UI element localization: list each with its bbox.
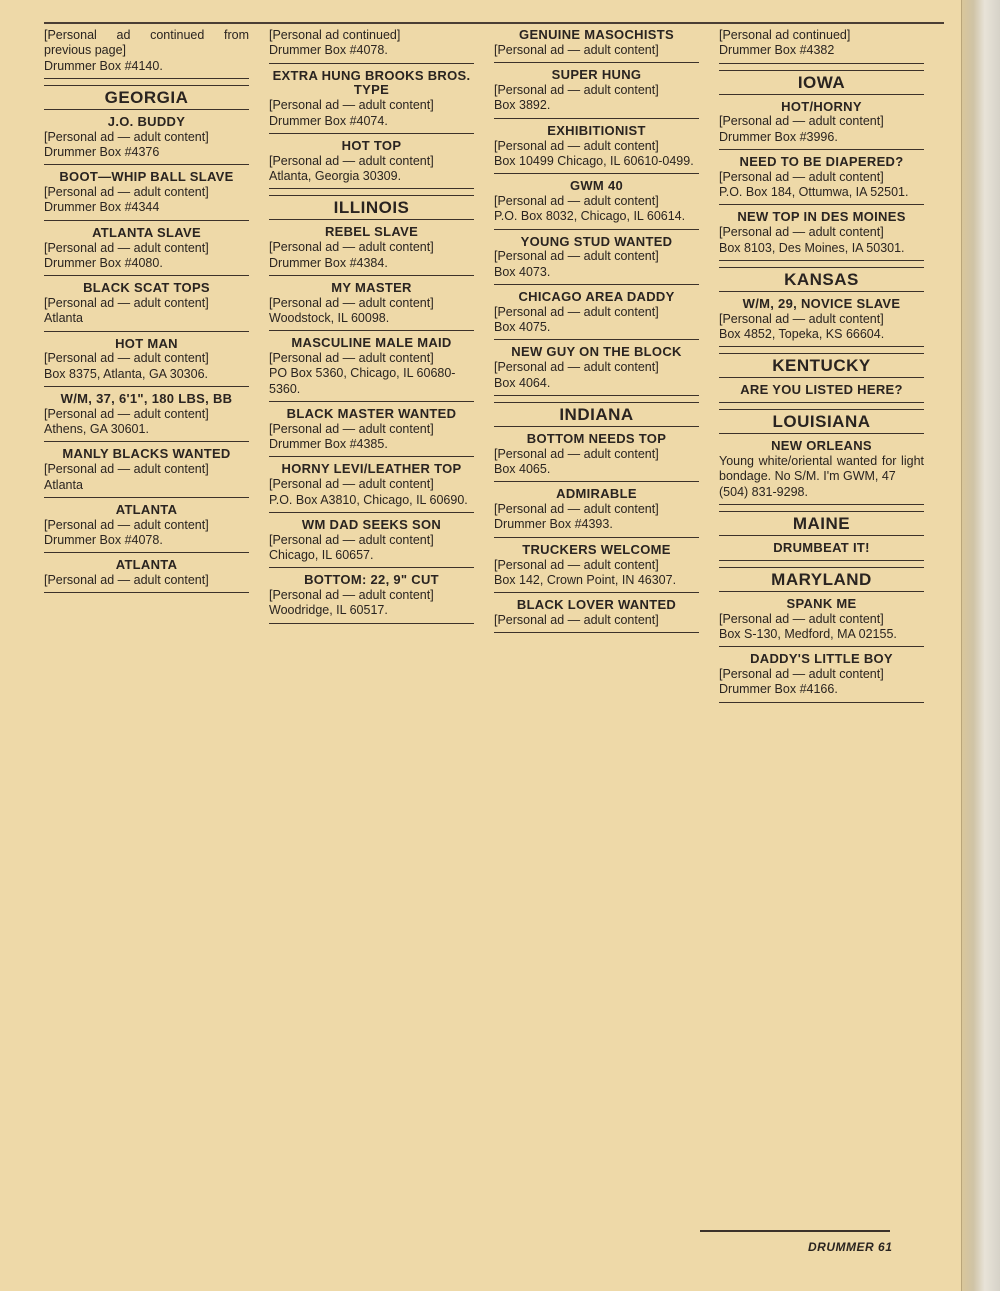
ad-title: HORNY LEVI/LEATHER TOP <box>269 462 474 477</box>
classified-ad: ATLANTA[Personal ad — adult content]Drum… <box>44 501 249 553</box>
classified-ad: GENUINE MASOCHISTS[Personal ad — adult c… <box>494 26 699 63</box>
ad-body: [Personal ad — adult content] <box>44 351 249 366</box>
ad-body: [Personal ad — adult content] <box>269 351 474 366</box>
ad-body: [Personal ad — adult content] <box>719 114 924 129</box>
classified-ad: BOTTOM NEEDS TOP[Personal ad — adult con… <box>494 430 699 482</box>
ad-body: [Personal ad — adult content] <box>44 573 249 588</box>
ad-contact: Drummer Box #4074. <box>269 114 474 129</box>
ad-title: EXTRA HUNG BROOKS BROS. TYPE <box>269 69 474 99</box>
ad-title: J.O. BUDDY <box>44 115 249 130</box>
ad-title: HOT TOP <box>269 139 474 154</box>
ad-contact: Box 4065. <box>494 462 699 477</box>
ad-body: [Personal ad — adult content] <box>494 194 699 209</box>
ad-body: [Personal ad — adult content] <box>269 477 474 492</box>
ad-body: [Personal ad — adult content] <box>269 240 474 255</box>
top-rule <box>44 22 944 24</box>
ad-contact: Drummer Box #4384. <box>269 256 474 271</box>
classified-ad: BLACK MASTER WANTED[Personal ad — adult … <box>269 405 474 457</box>
ad-body: [Personal ad — adult content] <box>44 518 249 533</box>
ad-contact: Box 4852, Topeka, KS 66604. <box>719 327 924 342</box>
ad-contact: Box 4073. <box>494 265 699 280</box>
ad-title: GWM 40 <box>494 179 699 194</box>
ad-contact: Box 142, Crown Point, IN 46307. <box>494 573 699 588</box>
page-edge <box>961 0 1000 1291</box>
ad-title: BLACK SCAT TOPS <box>44 281 249 296</box>
ad-title: HOT/HORNY <box>719 100 924 115</box>
classified-ad: EXHIBITIONIST[Personal ad — adult conten… <box>494 122 699 174</box>
ad-title: W/M, 37, 6'1", 180 LBS, BB <box>44 392 249 407</box>
ad-body: [Personal ad — adult content] <box>494 447 699 462</box>
classified-ad: BLACK LOVER WANTED[Personal ad — adult c… <box>494 596 699 633</box>
classified-ad: NEW ORLEANSYoung white/oriental wanted f… <box>719 437 924 505</box>
classified-ad: W/M, 37, 6'1", 180 LBS, BB[Personal ad —… <box>44 390 249 442</box>
ad-body: [Personal ad — adult content] <box>494 360 699 375</box>
ad-title: BOOT—WHIP BALL SLAVE <box>44 170 249 185</box>
ad-body: [Personal ad — adult content] <box>44 407 249 422</box>
ad-body: [Personal ad continued] <box>269 28 474 43</box>
ad-body: [Personal ad — adult content] <box>44 296 249 311</box>
page-number: 61 <box>878 1240 892 1254</box>
ad-contact: Box S-130, Medford, MA 02155. <box>719 627 924 642</box>
ad-body: [Personal ad — adult content] <box>719 225 924 240</box>
classified-ad: HOT TOP[Personal ad — adult content]Atla… <box>269 137 474 189</box>
ad-body: [Personal ad continued] <box>719 28 924 43</box>
ad-title: ATLANTA <box>44 503 249 518</box>
ad-title: MASCULINE MALE MAID <box>269 336 474 351</box>
ad-title: GENUINE MASOCHISTS <box>494 28 699 43</box>
section-heading: KANSAS <box>719 267 924 292</box>
ad-contact: Drummer Box #4344 <box>44 200 249 215</box>
ad-body: [Personal ad — adult content] <box>269 98 474 113</box>
ad-contact: Drummer Box #4382 <box>719 43 924 58</box>
classified-ad: NEW GUY ON THE BLOCK[Personal ad — adult… <box>494 343 699 395</box>
ad-contact: Atlanta <box>44 478 249 493</box>
ad-contact: Box 4064. <box>494 376 699 391</box>
ad-contact: Drummer Box #4078. <box>269 43 474 58</box>
ad-body: [Personal ad — adult content] <box>494 83 699 98</box>
ad-contact: Box 3892. <box>494 98 699 113</box>
ad-body: [Personal ad — adult content] <box>494 558 699 573</box>
publication-name: DRUMMER <box>808 1240 874 1254</box>
ad-body: [Personal ad — adult content] <box>44 462 249 477</box>
column-3: GENUINE MASOCHISTS[Personal ad — adult c… <box>494 26 699 706</box>
classified-ad: CHICAGO AREA DADDY[Personal ad — adult c… <box>494 288 699 340</box>
classified-ad: BOTTOM: 22, 9" CUT[Personal ad — adult c… <box>269 571 474 623</box>
ad-body: [Personal ad continued from previous pag… <box>44 28 249 59</box>
ad-contact: P.O. Box 8032, Chicago, IL 60614. <box>494 209 699 224</box>
ad-body: [Personal ad — adult content] <box>494 305 699 320</box>
ad-title: BLACK LOVER WANTED <box>494 598 699 613</box>
classified-ad: ATLANTA[Personal ad — adult content] <box>44 556 249 593</box>
classified-ad: W/M, 29, NOVICE SLAVE[Personal ad — adul… <box>719 295 924 347</box>
section-heading: GEORGIA <box>44 85 249 110</box>
ad-body: [Personal ad — adult content] <box>719 312 924 327</box>
ad-body: [Personal ad — adult content] <box>269 422 474 437</box>
ad-title: TRUCKERS WELCOME <box>494 543 699 558</box>
classified-ad: SUPER HUNG[Personal ad — adult content]B… <box>494 66 699 118</box>
section-heading: IOWA <box>719 70 924 95</box>
ad-title: SUPER HUNG <box>494 68 699 83</box>
classified-ad: HORNY LEVI/LEATHER TOP[Personal ad — adu… <box>269 460 474 512</box>
classified-ad: ADMIRABLE[Personal ad — adult content]Dr… <box>494 485 699 537</box>
section-heading: INDIANA <box>494 402 699 427</box>
ad-title: BLACK MASTER WANTED <box>269 407 474 422</box>
ad-body: [Personal ad — adult content] <box>719 667 924 682</box>
ad-body: [Personal ad — adult content] <box>494 139 699 154</box>
ad-body: [Personal ad — adult content] <box>719 170 924 185</box>
ad-title: MANLY BLACKS WANTED <box>44 447 249 462</box>
ad-contact: Woodstock, IL 60098. <box>269 311 474 326</box>
classified-ad: DRUMBEAT IT! <box>719 539 924 561</box>
ad-title: CHICAGO AREA DADDY <box>494 290 699 305</box>
ad-title: REBEL SLAVE <box>269 225 474 240</box>
ad-contact: Drummer Box #4078. <box>44 533 249 548</box>
ad-title: WM DAD SEEKS SON <box>269 518 474 533</box>
ad-contact: Drummer Box #4080. <box>44 256 249 271</box>
ad-body: [Personal ad — adult content] <box>44 241 249 256</box>
ad-contact: Drummer Box #4140. <box>44 59 249 74</box>
ad-title: HOT MAN <box>44 337 249 352</box>
ad-body: [Personal ad — adult content] <box>44 130 249 145</box>
ad-title: ARE YOU LISTED HERE? <box>719 383 924 398</box>
section-heading: ILLINOIS <box>269 195 474 220</box>
ad-title: MY MASTER <box>269 281 474 296</box>
classified-ad: WM DAD SEEKS SON[Personal ad — adult con… <box>269 516 474 568</box>
classified-ad: [Personal ad continued]Drummer Box #4078… <box>269 26 474 64</box>
ad-body: [Personal ad — adult content] <box>719 612 924 627</box>
classified-ad: DADDY'S LITTLE BOY[Personal ad — adult c… <box>719 650 924 702</box>
ad-contact: Box 8375, Atlanta, GA 30306. <box>44 367 249 382</box>
classified-ad: YOUNG STUD WANTED[Personal ad — adult co… <box>494 233 699 285</box>
ad-title: NEW TOP IN DES MOINES <box>719 210 924 225</box>
ad-body: [Personal ad — adult content] <box>494 613 699 628</box>
classified-ad: MANLY BLACKS WANTED[Personal ad — adult … <box>44 445 249 497</box>
classified-ad: SPANK ME[Personal ad — adult content]Box… <box>719 595 924 647</box>
classified-ad: HOT/HORNY[Personal ad — adult content]Dr… <box>719 98 924 150</box>
column-4: [Personal ad continued]Drummer Box #4382… <box>719 26 924 706</box>
classified-ad: NEED TO BE DIAPERED?[Personal ad — adult… <box>719 153 924 205</box>
ad-contact: Drummer Box #4385. <box>269 437 474 452</box>
classified-ad: [Personal ad continued from previous pag… <box>44 26 249 79</box>
ad-body: [Personal ad — adult content] <box>269 296 474 311</box>
ad-contact: Drummer Box #3996. <box>719 130 924 145</box>
section-heading: LOUISIANA <box>719 409 924 434</box>
classified-ad: NEW TOP IN DES MOINES[Personal ad — adul… <box>719 208 924 260</box>
classified-ad: ARE YOU LISTED HERE? <box>719 381 924 403</box>
ad-body: Young white/oriental wanted for light bo… <box>719 454 924 485</box>
ad-title: W/M, 29, NOVICE SLAVE <box>719 297 924 312</box>
ad-contact: P.O. Box A3810, Chicago, IL 60690. <box>269 493 474 508</box>
footer-rule <box>700 1230 890 1232</box>
ad-body: [Personal ad — adult content] <box>269 588 474 603</box>
ad-body: [Personal ad — adult content] <box>44 185 249 200</box>
section-heading: MARYLAND <box>719 567 924 592</box>
classifieds-columns: [Personal ad continued from previous pag… <box>44 26 924 706</box>
classified-ad: BLACK SCAT TOPS[Personal ad — adult cont… <box>44 279 249 331</box>
ad-contact: Atlanta <box>44 311 249 326</box>
ad-body: [Personal ad — adult content] <box>494 43 699 58</box>
ad-title: BOTTOM: 22, 9" CUT <box>269 573 474 588</box>
classified-ad: MY MASTER[Personal ad — adult content]Wo… <box>269 279 474 331</box>
classified-ad: MASCULINE MALE MAID[Personal ad — adult … <box>269 334 474 402</box>
ad-title: NEED TO BE DIAPERED? <box>719 155 924 170</box>
page-footer: DRUMMER 61 <box>808 1240 892 1254</box>
ad-title: DRUMBEAT IT! <box>719 541 924 556</box>
section-heading: KENTUCKY <box>719 353 924 378</box>
classified-ad: TRUCKERS WELCOME[Personal ad — adult con… <box>494 541 699 593</box>
ad-title: EXHIBITIONIST <box>494 124 699 139</box>
ad-contact: Box 10499 Chicago, IL 60610-0499. <box>494 154 699 169</box>
ad-title: SPANK ME <box>719 597 924 612</box>
column-1: [Personal ad continued from previous pag… <box>44 26 249 706</box>
classified-ad: [Personal ad continued]Drummer Box #4382 <box>719 26 924 64</box>
classified-ad: HOT MAN[Personal ad — adult content]Box … <box>44 335 249 387</box>
ad-body: [Personal ad — adult content] <box>269 533 474 548</box>
ad-contact: Woodridge, IL 60517. <box>269 603 474 618</box>
ad-contact: Drummer Box #4376 <box>44 145 249 160</box>
classified-ad: EXTRA HUNG BROOKS BROS. TYPE[Personal ad… <box>269 67 474 134</box>
ad-title: ATLANTA <box>44 558 249 573</box>
ad-title: YOUNG STUD WANTED <box>494 235 699 250</box>
ad-contact: PO Box 5360, Chicago, IL 60680-5360. <box>269 366 474 397</box>
ad-body: [Personal ad — adult content] <box>494 249 699 264</box>
ad-contact: Atlanta, Georgia 30309. <box>269 169 474 184</box>
ad-title: ATLANTA SLAVE <box>44 226 249 241</box>
classified-ad: GWM 40[Personal ad — adult content]P.O. … <box>494 177 699 229</box>
ad-title: NEW ORLEANS <box>719 439 924 454</box>
ad-contact: P.O. Box 184, Ottumwa, IA 52501. <box>719 185 924 200</box>
ad-body: [Personal ad — adult content] <box>269 154 474 169</box>
ad-title: NEW GUY ON THE BLOCK <box>494 345 699 360</box>
ad-contact: Box 8103, Des Moines, IA 50301. <box>719 241 924 256</box>
classified-ad: BOOT—WHIP BALL SLAVE[Personal ad — adult… <box>44 168 249 220</box>
ad-contact: (504) 831-9298. <box>719 485 924 500</box>
classified-ad: ATLANTA SLAVE[Personal ad — adult conten… <box>44 224 249 276</box>
section-heading: MAINE <box>719 511 924 536</box>
column-2: [Personal ad continued]Drummer Box #4078… <box>269 26 474 706</box>
classified-ad: REBEL SLAVE[Personal ad — adult content]… <box>269 223 474 275</box>
ad-title: ADMIRABLE <box>494 487 699 502</box>
ad-title: DADDY'S LITTLE BOY <box>719 652 924 667</box>
ad-body: [Personal ad — adult content] <box>494 502 699 517</box>
ad-contact: Drummer Box #4166. <box>719 682 924 697</box>
classified-ad: J.O. BUDDY[Personal ad — adult content]D… <box>44 113 249 165</box>
ad-contact: Athens, GA 30601. <box>44 422 249 437</box>
ad-contact: Box 4075. <box>494 320 699 335</box>
ad-title: BOTTOM NEEDS TOP <box>494 432 699 447</box>
ad-contact: Drummer Box #4393. <box>494 517 699 532</box>
ad-contact: Chicago, IL 60657. <box>269 548 474 563</box>
